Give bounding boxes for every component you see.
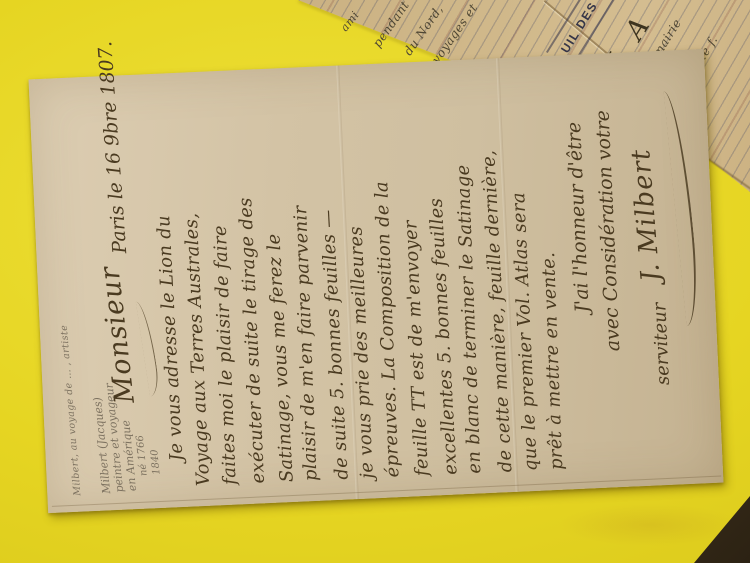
letter-closing-line: serviteur [649,302,674,385]
signature-flourish [664,90,703,326]
letter-content: Milbert, au voyage de … , artiste Milber… [39,55,717,505]
signature: J. Milbert [626,148,667,283]
letter-closing-line: J'ai l'honneur d'être [563,121,594,313]
photo-of-letter: UIL DES L A ami pendant du Nord, voyages… [0,0,750,563]
letter-dateline: Paris le 16 9bre 1807. [94,40,131,254]
pencil-margin-note: Milbert, au voyage de … , artiste [59,324,84,496]
letter-closing-line: avec Considération votre [591,110,624,352]
letter-paper: Milbert, au voyage de … , artiste Milber… [29,49,724,513]
letter-body: Je vous adresse le Lion du Voyage aux Te… [145,68,572,488]
